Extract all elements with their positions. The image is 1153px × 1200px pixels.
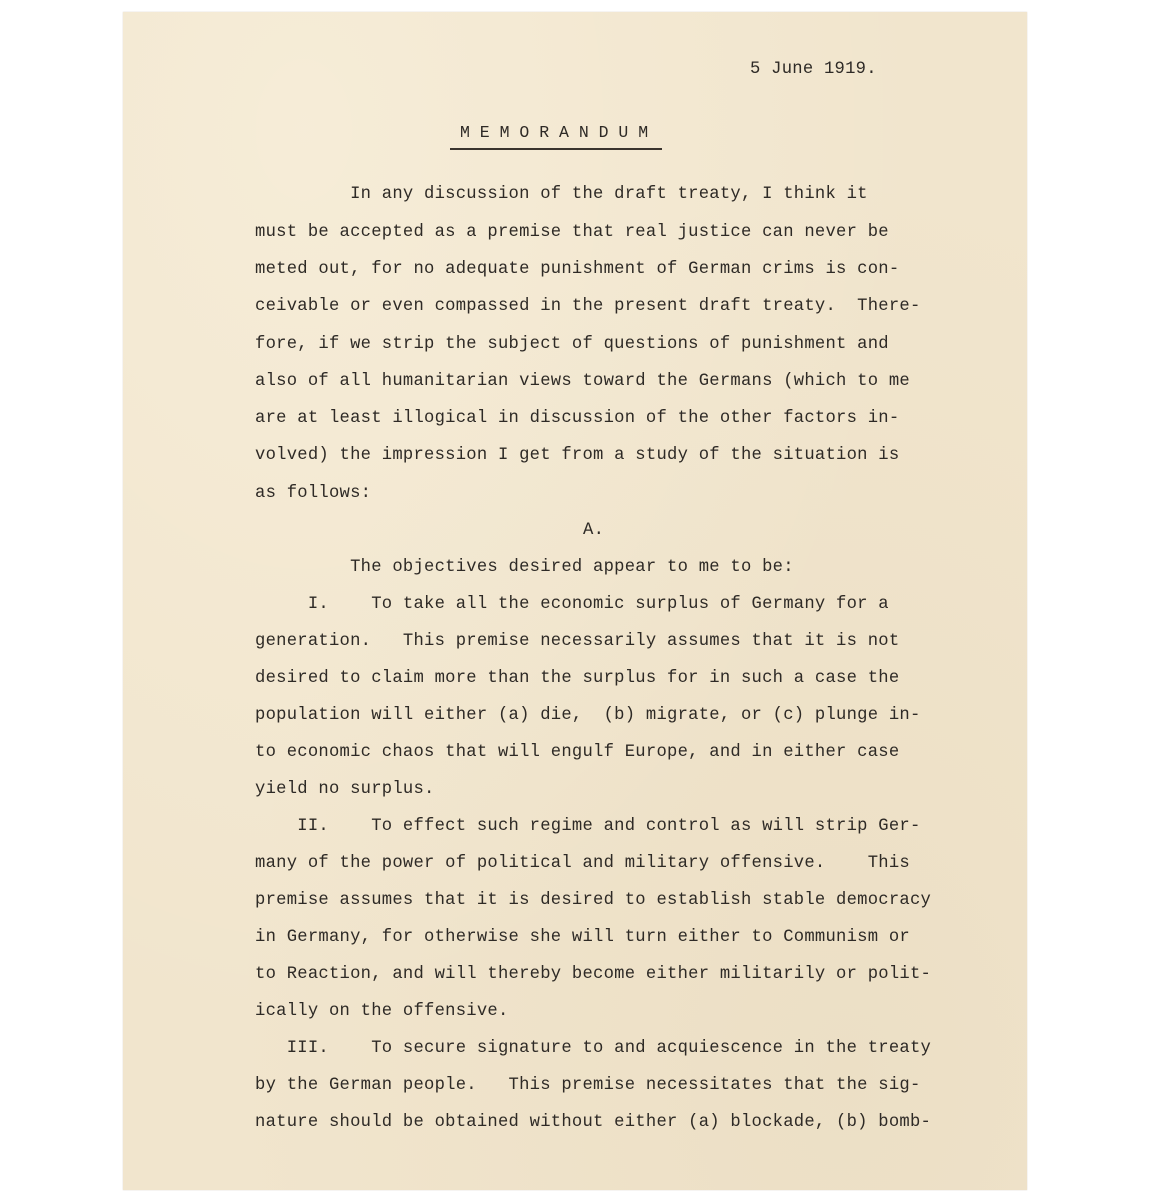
intro-line: volved) the impression I get from a stud… — [255, 447, 899, 464]
intro-line: ceivable or even compassed in the presen… — [255, 298, 921, 315]
title-underline — [450, 148, 662, 150]
intro-line: are at least illogical in discussion of … — [255, 410, 899, 427]
objective-i-line: population will either (a) die, (b) migr… — [255, 707, 921, 724]
objective-iii-line: nature should be obtained without either… — [255, 1114, 931, 1131]
document-title: M E M O R A N D U M — [460, 125, 648, 142]
objective-i-line: generation. This premise necessarily ass… — [255, 633, 899, 650]
objective-i-line: yield no surplus. — [255, 781, 435, 798]
objective-ii-line: ically on the offensive. — [255, 1003, 509, 1020]
objective-ii-line: to Reaction, and will thereby become eit… — [255, 966, 931, 983]
objective-iii-line: by the German people. This premise neces… — [255, 1077, 921, 1094]
objectives-intro: The objectives desired appear to me to b… — [255, 559, 794, 576]
objective-ii-line: many of the power of political and milit… — [255, 855, 910, 872]
objective-iii-line: III. To secure signature to and acquiesc… — [255, 1040, 931, 1057]
objective-ii-line: II. To effect such regime and control as… — [255, 818, 921, 835]
section-heading-a: A. — [583, 522, 604, 539]
intro-line: meted out, for no adequate punishment of… — [255, 261, 899, 278]
intro-line: In any discussion of the draft treaty, I… — [255, 186, 868, 203]
objective-ii-line: in Germany, for otherwise she will turn … — [255, 929, 910, 946]
objective-ii-line: premise assumes that it is desired to es… — [255, 892, 931, 909]
objective-i-line: I. To take all the economic surplus of G… — [255, 596, 889, 613]
objective-i-line: to economic chaos that will engulf Europ… — [255, 744, 899, 761]
intro-line: must be accepted as a premise that real … — [255, 224, 889, 241]
document-date: 5 June 1919. — [750, 61, 877, 78]
intro-line: also of all humanitarian views toward th… — [255, 373, 910, 390]
typewritten-page: 5 June 1919. M E M O R A N D U M In any … — [123, 12, 1027, 1190]
objective-i-line: desired to claim more than the surplus f… — [255, 670, 899, 687]
intro-line: fore, if we strip the subject of questio… — [255, 336, 889, 353]
intro-line: as follows: — [255, 485, 371, 502]
